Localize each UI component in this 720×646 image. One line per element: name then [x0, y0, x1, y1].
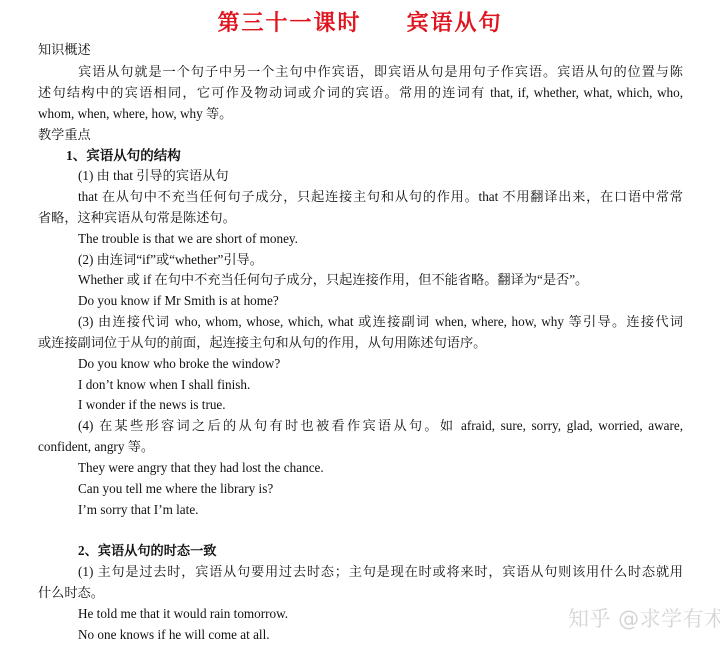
example-sentence: They were angry that they had lost the c…	[78, 458, 324, 478]
example-sentence: I wonder if the news is true.	[78, 395, 226, 415]
paragraph-line: confident, angry 等。	[38, 437, 154, 457]
example-sentence: I’m sorry that I’m late.	[78, 500, 198, 520]
item-title: (2) 由连词“if”或“whether”引导。	[78, 250, 263, 270]
item-title: (4) 在某些形容词之后的从句有时也被看作宾语从句。如 afraid, sure…	[78, 416, 683, 436]
example-sentence: Can you tell me where the library is?	[78, 479, 273, 499]
item-title: (1) 主句是过去时，宾语从句要用过去时态；主句是现在时或将来时，宾语从句则该用…	[78, 562, 683, 582]
example-sentence: He told me that it would rain tomorrow.	[78, 604, 288, 624]
paragraph-line: 什么时态。	[38, 583, 104, 603]
page-title: 第三十一课时 宾语从句	[0, 6, 720, 37]
paragraph-line: whom, when, where, how, why 等。	[38, 104, 232, 124]
example-sentence: Do you know who broke the window?	[78, 354, 280, 374]
example-sentence: I don’t know when I shall finish.	[78, 375, 250, 395]
paragraph-line: that 在从句中不充当任何句子成分，只起连接主句和从句的作用。that 不用翻…	[78, 187, 683, 207]
paragraph-line: 述句结构中的宾语相同，它可作及物动词或介词的宾语。常用的连词有 that, if…	[38, 83, 683, 103]
item-title: (1) 由 that 引导的宾语从句	[78, 166, 229, 186]
paragraph-line: 省略，这种宾语从句常是陈述句。	[38, 208, 236, 228]
paragraph-line: 宾语从句就是一个句子中另一个主句中作宾语，即宾语从句是用句子作宾语。宾语从句的位…	[78, 62, 683, 82]
item-title: (3) 由连接代词 who, whom, whose, which, what …	[78, 312, 683, 332]
example-sentence: Do you know if Mr Smith is at home?	[78, 291, 279, 311]
watermark: 知乎 @求学有术初中	[568, 603, 720, 633]
paragraph-line: Whether 或 if 在句中不充当任何句子成分，只起连接作用，但不能省略。翻…	[78, 270, 588, 290]
paragraph-line: 或连接副词位于从句的前面，起连接主句和从句的作用，从句用陈述句语序。	[38, 333, 486, 353]
example-sentence: No one knows if he will come at all.	[78, 625, 270, 645]
section-heading-focus: 教学重点	[38, 125, 91, 145]
subheading-tense: 2、宾语从句的时态一致	[78, 541, 216, 561]
subheading-structure: 1、宾语从句的结构	[66, 146, 181, 166]
section-heading-overview: 知识概述	[38, 40, 91, 60]
example-sentence: The trouble is that we are short of mone…	[78, 229, 298, 249]
